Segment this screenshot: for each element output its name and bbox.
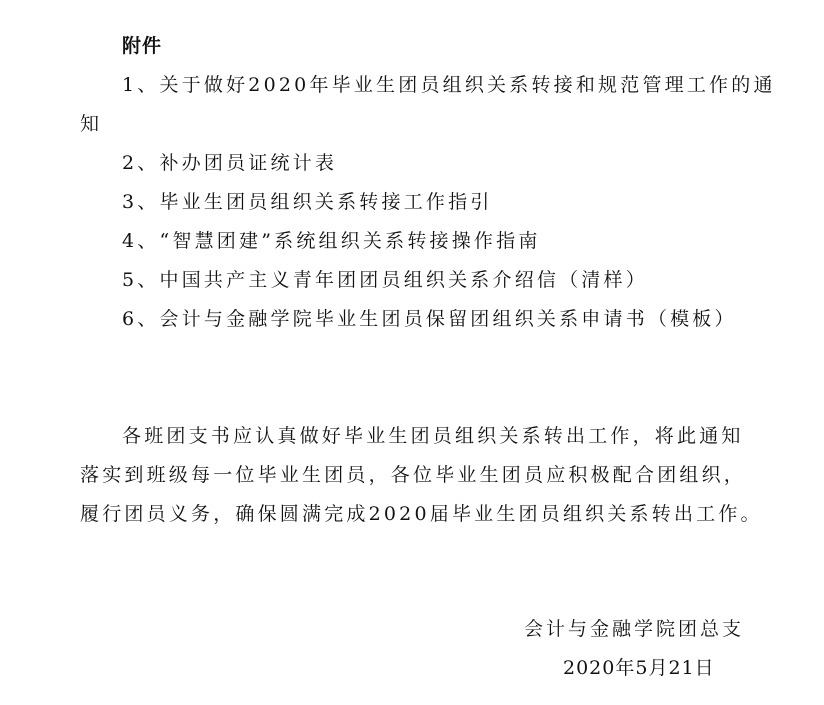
attachments-heading: 附件 xyxy=(122,34,162,58)
attachment-item-2: 2、补办团员证统计表 xyxy=(122,151,337,175)
attachment-item-5: 5、中国共产主义青年团团员组织关系介绍信（清样） xyxy=(122,268,648,292)
signature-organization: 会计与金融学院团总支 xyxy=(524,617,744,641)
signature-date: 2020年5月21日 xyxy=(563,656,715,680)
attachment-item-4: 4、“智慧团建”系统组织关系转接操作指南 xyxy=(122,229,541,253)
paragraph-line-3: 履行团员义务，确保圆满完成2020届毕业生团员组织关系转出工作。 xyxy=(80,502,763,526)
paragraph-line-2: 落实到班级每一位毕业生团员，各位毕业生团员应积极配合团组织， xyxy=(80,463,746,487)
attachment-item-1-continued: 知 xyxy=(80,112,102,136)
paragraph-line-1: 各班团支书应认真做好毕业生团员组织关系转出工作，将此通知 xyxy=(122,424,744,448)
attachment-item-3: 3、毕业生团员组织关系转接工作指引 xyxy=(122,190,493,214)
attachment-item-1: 1、关于做好2020年毕业生团员组织关系转接和规范管理工作的通 xyxy=(122,73,776,97)
attachment-item-6: 6、会计与金融学院毕业生团员保留团组织关系申请书（模板） xyxy=(122,307,737,331)
